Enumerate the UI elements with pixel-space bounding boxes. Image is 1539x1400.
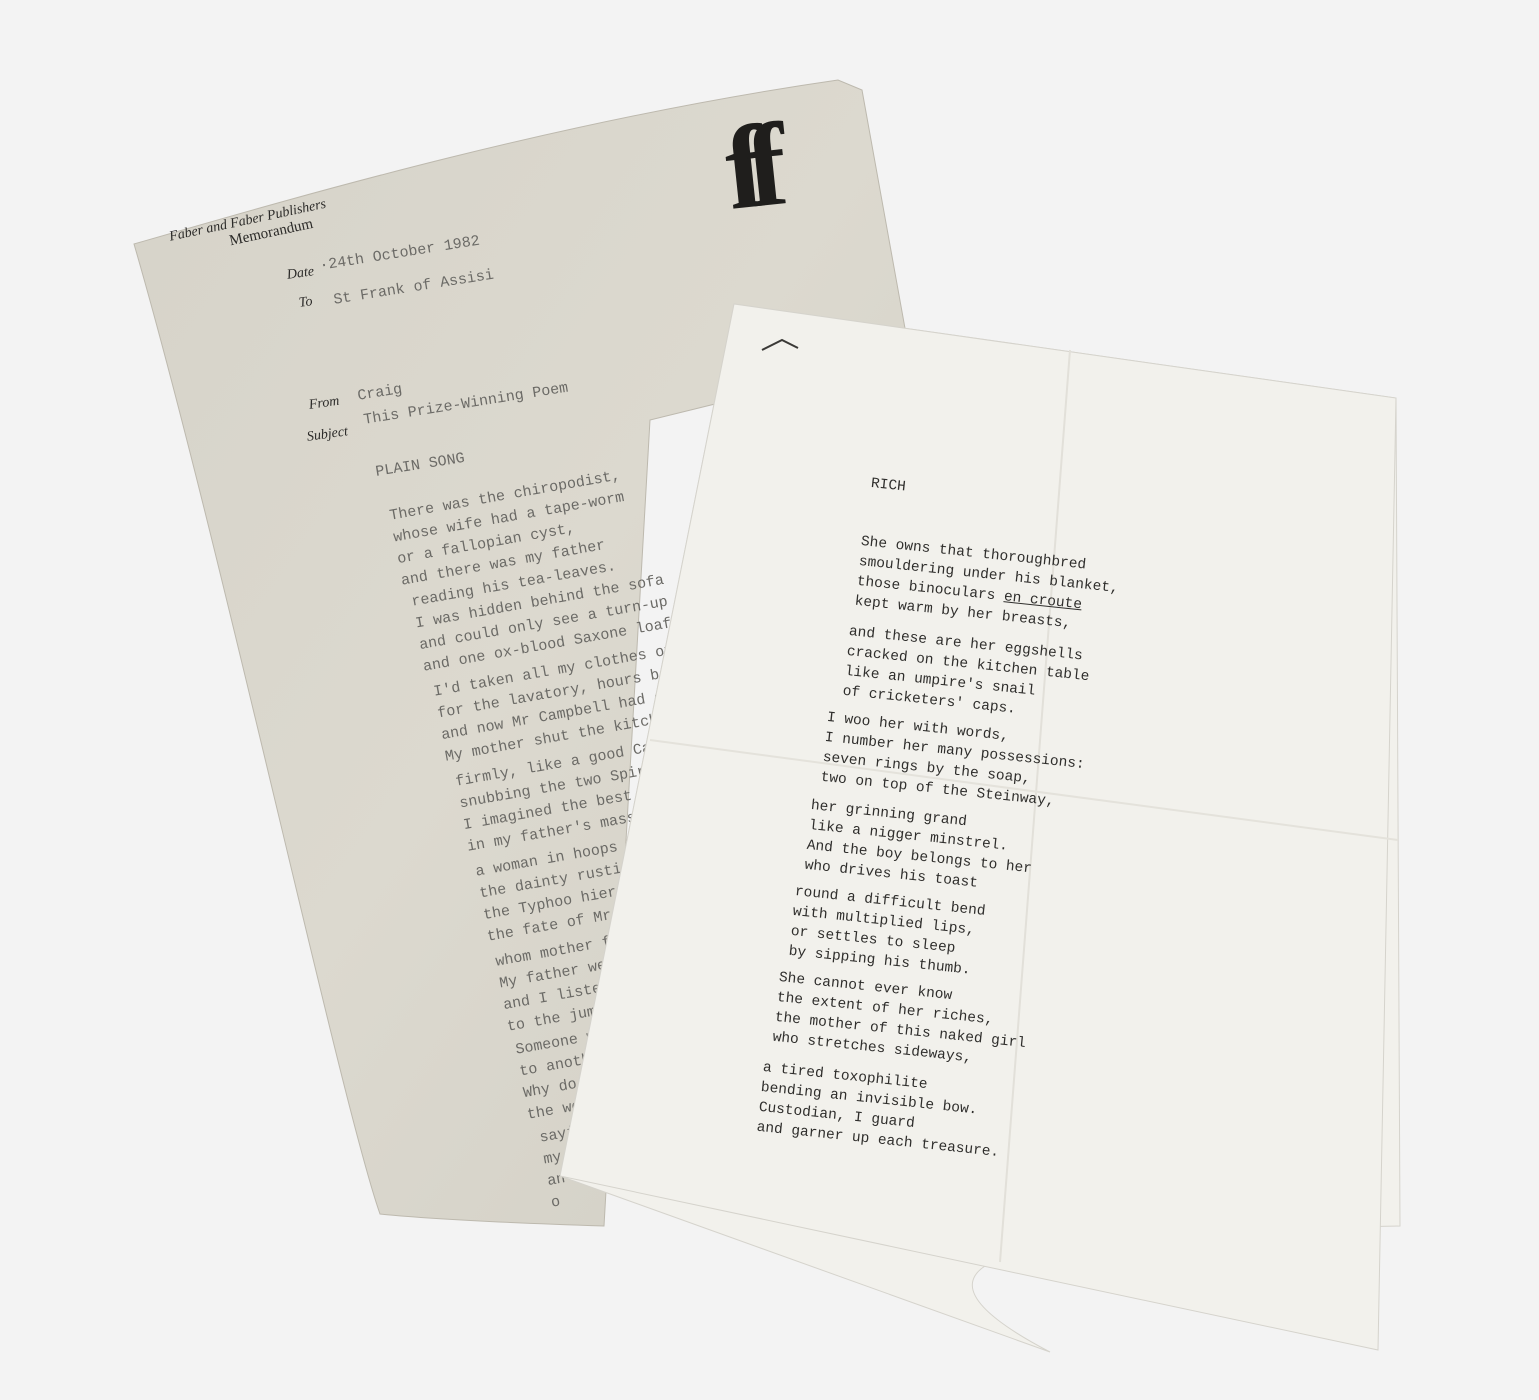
underlined-phrase: en croute xyxy=(1003,589,1083,613)
rich-paper xyxy=(0,0,1539,1400)
rich-poem-sheet: RICH She owns that thoroughbred smoulder… xyxy=(0,0,1539,1400)
rich-title: RICH xyxy=(870,474,907,498)
